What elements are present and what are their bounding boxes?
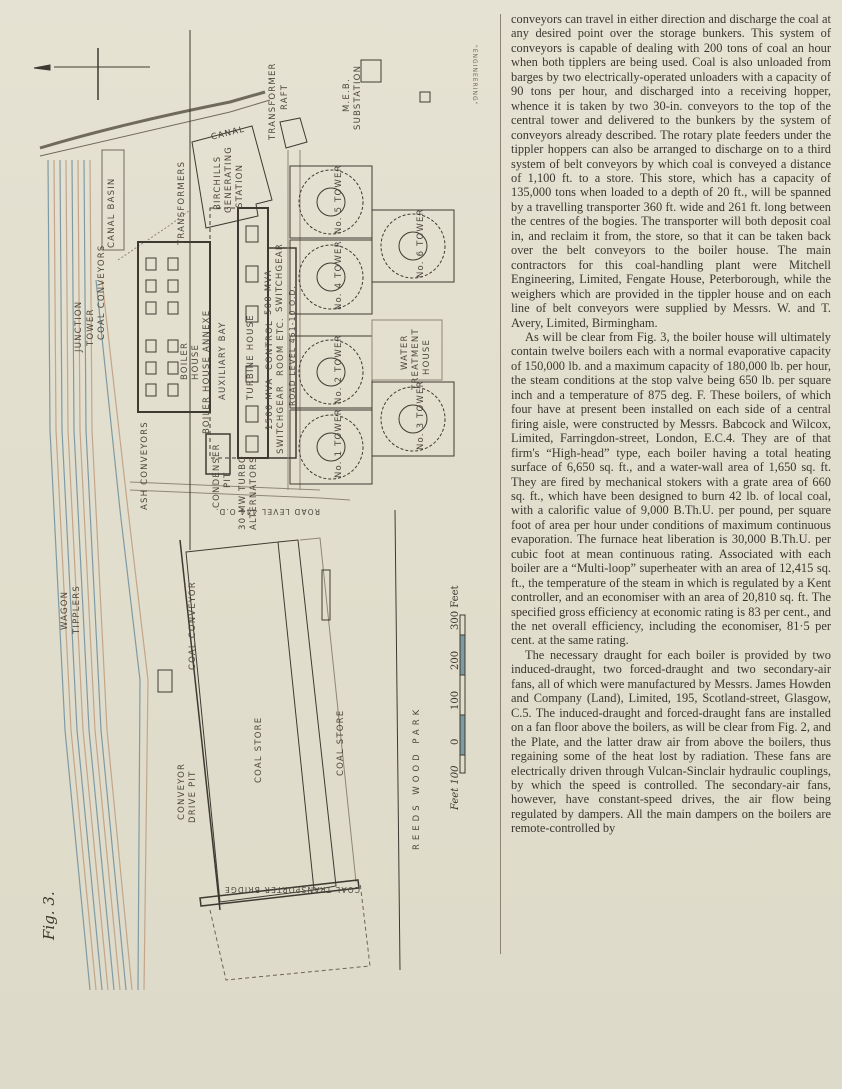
label-boiler: BOILER bbox=[180, 342, 190, 380]
label-tower: TOWER bbox=[86, 308, 96, 346]
label-water: WATER bbox=[400, 334, 410, 370]
label-tower-4: No. 4 TOWER bbox=[334, 240, 344, 310]
label-reeds-wood-park: REEDS WOOD PARK bbox=[412, 706, 422, 850]
paragraph-2: As will be clear from Fig. 3, the boiler… bbox=[511, 330, 831, 648]
label-meb: M.E.B. bbox=[342, 78, 352, 112]
label-transformer-raft-2: RAFT bbox=[280, 84, 290, 110]
label-coal-conveyors: COAL CONVEYORS bbox=[97, 245, 107, 340]
site-plan-figure: CANAL CANAL BASIN TRANSFORMERS BIRCHILLS… bbox=[20, 30, 490, 990]
label-house: HOUSE bbox=[191, 344, 201, 380]
label-birchills-2: GENERATING bbox=[224, 146, 234, 213]
paragraph-1: conveyors can travel in either direction… bbox=[511, 12, 831, 330]
label-coal-conveyor: COAL CONVEYOR bbox=[188, 581, 198, 670]
label-tower-5: No. 5 TOWER bbox=[334, 164, 344, 234]
label-birchills-1: BIRCHILLS bbox=[213, 156, 223, 210]
label-road-level-south: ROAD LEVEL 444 O.D. bbox=[215, 507, 320, 516]
label-drive-pit: DRIVE PIT bbox=[188, 771, 198, 823]
north-arrow-icon bbox=[34, 48, 150, 100]
label-canal-basin: CANAL BASIN bbox=[107, 178, 117, 248]
label-coal-store-2: COAL STORE bbox=[336, 710, 346, 776]
label-room-etc: ROOM ETC. bbox=[276, 317, 286, 376]
label-switchgear-1500: SWITCHGEAR bbox=[276, 385, 286, 454]
scale-tick-0: 0 bbox=[450, 739, 461, 745]
label-tower-6: No. 6 TOWER bbox=[416, 208, 426, 278]
label-conveyor: CONVEYOR bbox=[177, 763, 187, 820]
label-tipplers: TIPPLERS bbox=[72, 585, 82, 634]
label-tower-3: No. 3 TOWER bbox=[416, 380, 426, 450]
label-boiler-house-annexe: BOILER HOUSE ANNEXE bbox=[202, 310, 212, 434]
scale-tick-200: 200 bbox=[450, 651, 461, 670]
label-1500mva: 1500 MVA bbox=[265, 378, 275, 430]
scale-tick-300: 300 Feet bbox=[450, 585, 461, 630]
label-treatment-house: HOUSE bbox=[422, 339, 432, 375]
paragraph-3: The necessary draught for each boiler is… bbox=[511, 648, 831, 836]
label-pit: PIT bbox=[223, 472, 233, 488]
label-substation: SUBSTATION bbox=[353, 65, 363, 130]
label-junction: JUNCTION bbox=[74, 301, 84, 352]
label-alternators: ALTERNATORS bbox=[249, 456, 259, 530]
label-switchgear-500: SWITCHGEAR bbox=[275, 243, 285, 312]
label-transformer-raft-1: TRANSFORMER bbox=[268, 62, 278, 140]
engineering-side-label: "ENGINEERING" bbox=[471, 45, 478, 105]
scale-tick-100: 100 bbox=[450, 691, 461, 710]
label-500mva: 500 MVA bbox=[264, 269, 274, 315]
scale-unit-label: Feet 100 bbox=[450, 765, 461, 810]
label-transformers: TRANSFORMERS bbox=[177, 161, 187, 245]
label-auxiliary-bay: AUXILIARY BAY bbox=[218, 322, 228, 400]
label-road-level-north: ROAD LEVEL 461-10 O.D. bbox=[288, 285, 297, 406]
label-birchills-3: STATION bbox=[235, 164, 245, 208]
label-tower-2: No. 2 TOWER bbox=[334, 334, 344, 404]
figure-caption: Fig. 3. bbox=[40, 891, 58, 940]
journal-page: CANAL CANAL BASIN TRANSFORMERS BIRCHILLS… bbox=[0, 0, 842, 1089]
label-ash-conveyors: ASH CONVEYORS bbox=[140, 421, 150, 510]
label-wagon: WAGON bbox=[60, 591, 70, 630]
column-divider bbox=[500, 14, 501, 954]
article-text-column: conveyors can travel in either direction… bbox=[511, 12, 831, 836]
label-coal-store-1: COAL STORE bbox=[254, 717, 264, 783]
label-coal-transporter-bridge: COAL TRANSPORTER BRIDGE bbox=[224, 885, 360, 894]
label-condenser: CONDENSER bbox=[212, 443, 222, 508]
label-turbine-house: TURBINE HOUSE bbox=[246, 314, 256, 400]
label-30mw: 30 MW TURBO bbox=[238, 455, 248, 530]
label-tower-1: No. 1 TOWER bbox=[334, 408, 344, 478]
label-control: CONTROL bbox=[265, 320, 275, 370]
